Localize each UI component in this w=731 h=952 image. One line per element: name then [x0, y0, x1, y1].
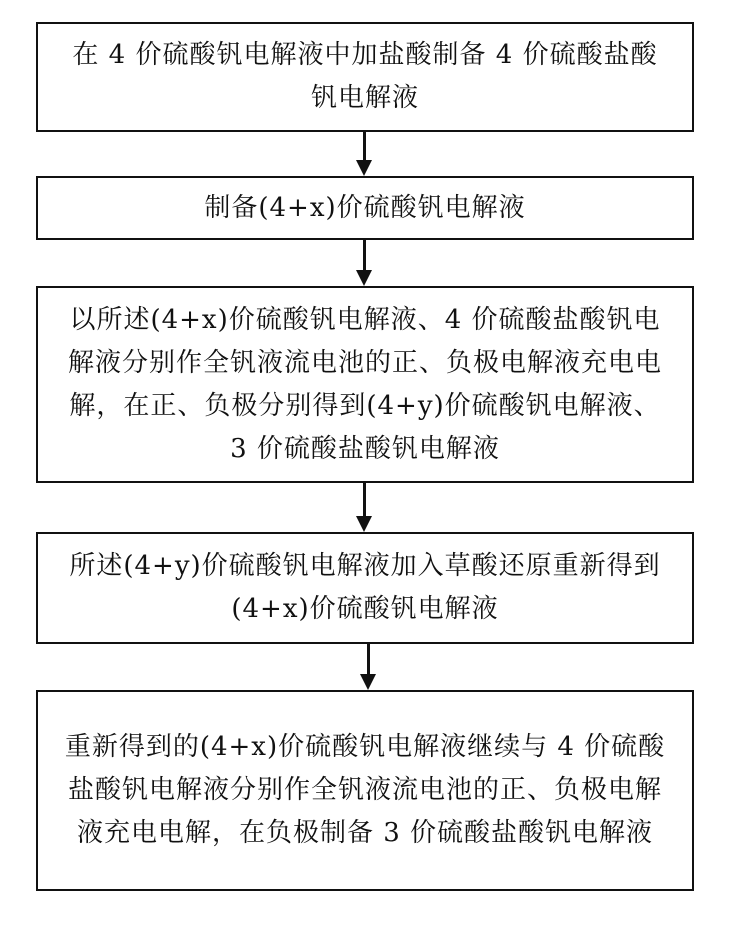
arrowhead-icon — [356, 160, 372, 176]
step-3-box: 以所述(4+x)价硫酸钒电解液、4 价硫酸盐酸钒电解液分别作全钒液流电池的正、负… — [36, 286, 694, 483]
step-1-box: 在 4 价硫酸钒电解液中加盐酸制备 4 价硫酸盐酸钒电解液 — [36, 22, 694, 132]
step-4-box: 所述(4+y)价硫酸钒电解液加入草酸还原重新得到(4+x)价硫酸钒电解液 — [36, 532, 694, 644]
arrowhead-icon — [356, 516, 372, 532]
step-3-text: 以所述(4+x)价硫酸钒电解液、4 价硫酸盐酸钒电解液分别作全钒液流电池的正、负… — [62, 299, 668, 471]
step-2-box: 制备(4+x)价硫酸钒电解液 — [36, 176, 694, 240]
step-1-text: 在 4 价硫酸钒电解液中加盐酸制备 4 价硫酸盐酸钒电解液 — [62, 34, 668, 120]
step-2-text: 制备(4+x)价硫酸钒电解液 — [204, 187, 525, 230]
step-4-text: 所述(4+y)价硫酸钒电解液加入草酸还原重新得到(4+x)价硫酸钒电解液 — [62, 545, 668, 631]
arrowhead-icon — [356, 270, 372, 286]
step-5-text: 重新得到的(4+x)价硫酸钒电解液继续与 4 价硫酸盐酸钒电解液分别作全钒液流电… — [62, 726, 668, 855]
step-5-box: 重新得到的(4+x)价硫酸钒电解液继续与 4 价硫酸盐酸钒电解液分别作全钒液流电… — [36, 690, 694, 891]
arrowhead-icon — [360, 674, 376, 690]
